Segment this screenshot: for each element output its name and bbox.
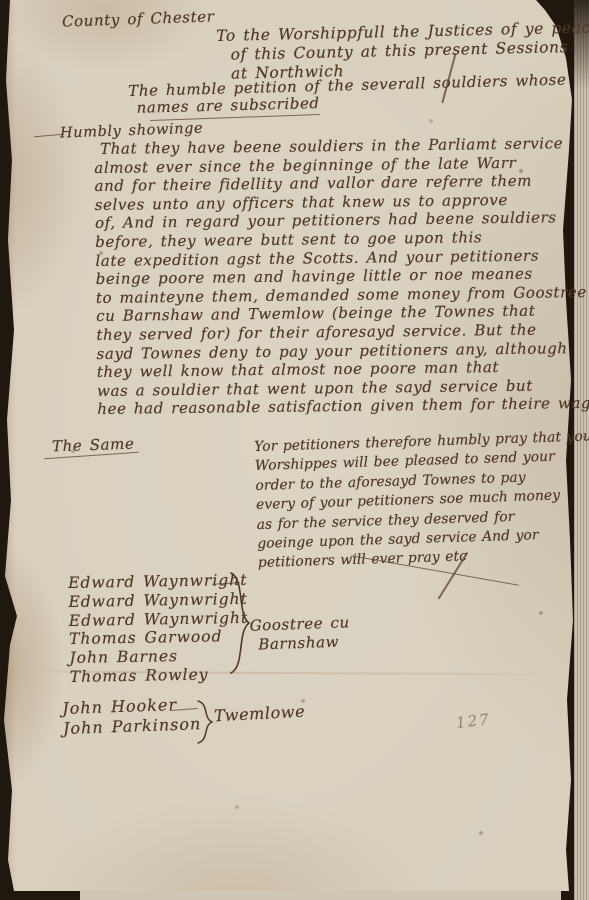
township-label-goostree: Goostree cu Barnshaw xyxy=(249,613,350,654)
petition-body: That they have beene souldiers in the Pa… xyxy=(94,134,589,419)
signatory-list-twemlowe: John Hooker John Parkinson xyxy=(62,694,202,738)
bracket-twemlowe xyxy=(196,700,214,744)
next-leaf-edge xyxy=(80,891,561,900)
signatory-list-goostree: Edward Waynwright Edward Waynwright Edwa… xyxy=(68,571,249,687)
prayer-clause: Yor petitioners therefore humbly pray th… xyxy=(254,427,589,574)
signatory-name: Thomas Garwood xyxy=(69,627,249,649)
township-line: Barnshaw xyxy=(258,632,351,654)
bracket-goostree xyxy=(228,572,252,674)
manuscript-scan: County of Chester To the Worshippfull th… xyxy=(0,0,589,900)
signatory-name: Edward Waynwright xyxy=(68,590,248,612)
signatory-name: Thomas Rowley xyxy=(70,665,250,687)
paper-specks xyxy=(0,0,2,2)
